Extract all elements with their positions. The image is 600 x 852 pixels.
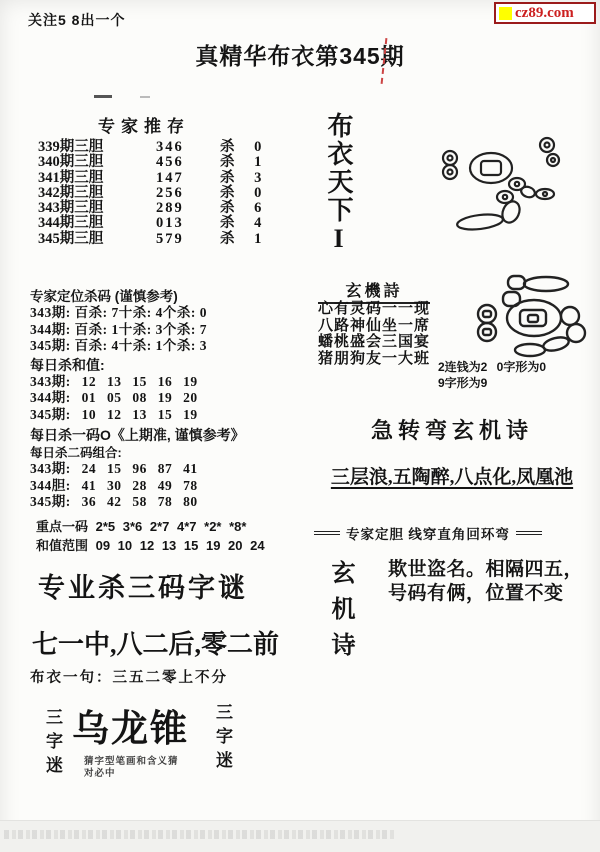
sansha-riddle-text: 七一中,八二后,零二前 — [32, 624, 279, 661]
row-period: 344期三胆 — [38, 216, 156, 231]
expert-history-table: 339期三胆 346 杀 0 340期三胆 456 杀 1 341期三胆 147… — [38, 140, 288, 247]
hezhi-row: 343期: 12 13 15 16 19 — [30, 374, 308, 391]
hezhi-header: 每日杀和值: — [30, 356, 308, 374]
footer-illegible-watermark — [4, 830, 394, 839]
dingwei-row: 344期: 百杀: 1十杀: 3个杀: 7 — [30, 322, 308, 339]
sharp-turn-poem-title: 急转弯玄机诗 — [308, 414, 596, 445]
expert-dingdan-banner: 专家定胆 线穿直角回环弯 — [314, 523, 592, 543]
sansha-riddle-title: 专业杀三码字谜 — [38, 566, 248, 605]
row-dan: 147 — [156, 171, 220, 186]
xuanji-poem: 心有灵码一一现 八路神仙坐一席 蟠桃盛会三国宴 猪朋狗友一大班 — [318, 301, 430, 367]
dingwei-row: 345期: 百杀: 4十杀: 1个杀: 3 — [30, 338, 308, 355]
double-line-left — [314, 531, 340, 535]
row-period: 340期三胆 — [38, 155, 156, 170]
poem-line: 猪朋狗友一大班 — [318, 351, 430, 368]
logo-yellow-square-icon — [499, 7, 512, 20]
dash-mark — [94, 95, 112, 98]
row-dan: 289 — [156, 201, 220, 216]
row-kill: 杀 4 — [220, 216, 288, 231]
xuanji-bottom-line2: 号码有俩，位置不变 — [388, 582, 583, 606]
erma-row: 343期: 24 15 96 87 41 — [30, 461, 308, 478]
xuanji-bottom-text: 欺世盗名。相隔四五， 号码有俩，位置不变 — [388, 558, 583, 606]
wulong-riddle-answer: 乌龙锥 — [72, 698, 189, 752]
hezhi-row: 344期: 01 05 08 19 20 — [30, 390, 308, 407]
dingwei-row: 343期: 百杀: 7十杀: 4个杀: 0 — [30, 305, 308, 322]
table-row: 344期三胆 013 杀 4 — [38, 216, 288, 231]
kill-code-sections: 专家定位杀码 (谨慎参考) 343期: 百杀: 7十杀: 4个杀: 0 344期… — [30, 288, 308, 555]
row-period: 341期三胆 — [38, 171, 156, 186]
poem-line: 蟠桃盛会三国宴 — [318, 334, 430, 351]
row-kill: 杀 1 — [220, 155, 288, 170]
hezhi-row: 345期: 10 12 13 15 19 — [30, 407, 308, 424]
sharp-turn-poem-riddle: 三层浪,五陶醉,八点化,凤凰池 — [308, 462, 596, 489]
xuanji-vertical-label: 玄机诗 — [323, 560, 358, 668]
row-period: 342期三胆 — [38, 186, 156, 201]
row-kill: 杀 0 — [220, 140, 288, 155]
wulong-note: 猜字型笔画和含义猜 对必中 — [84, 756, 179, 780]
row-kill: 杀 3 — [220, 171, 288, 186]
erma-row: 344胆: 41 30 28 49 78 — [30, 478, 308, 495]
double-line-right — [516, 531, 542, 535]
table-row: 340期三胆 456 杀 1 — [38, 155, 288, 170]
row-dan: 456 — [156, 155, 220, 170]
erma-row: 345期: 36 42 58 78 80 — [30, 494, 308, 511]
three-char-riddle-label-left: 三字迷 — [40, 708, 65, 780]
row-dan: 013 — [156, 216, 220, 231]
dingwei-header: 专家定位杀码 (谨慎参考) — [30, 288, 308, 305]
expert-recommend-header: 专家推存 — [98, 112, 190, 137]
three-char-riddle-label-right: 三字迷 — [210, 703, 235, 775]
row-kill: 杀 0 — [220, 186, 288, 201]
footer-strip — [0, 820, 600, 852]
row-period: 345期三胆 — [38, 232, 156, 247]
sharp-turn-riddle-text: 三层浪,五陶醉,八点化,凤凰池 — [331, 467, 573, 488]
coin-cluster-drawing-1 — [425, 132, 590, 237]
buyi-sentence: 布衣一句：三五二零上不分 — [30, 666, 228, 687]
coin-caption-line2: 9字形为9 — [438, 374, 487, 391]
row-period: 339期三胆 — [38, 140, 156, 155]
shayima-line: 每日杀一码O《上期准, 谨慎参考》 — [30, 426, 308, 445]
wulong-note-line1: 猜字型笔画和含义猜 — [84, 756, 179, 768]
logo-text: cz89.com — [515, 5, 574, 22]
coin-cluster-drawing-2 — [470, 270, 598, 360]
erma-header: 每日杀二码组合: — [30, 445, 308, 461]
hezhi-range-line: 和值范围 09 10 12 13 15 19 20 24 — [30, 536, 308, 555]
coin-caption-line1: 2连钱为2 0字形为0 — [438, 358, 546, 375]
dash-mark-faint — [140, 96, 150, 98]
row-dan: 579 — [156, 232, 220, 247]
dingdan-text: 专家定胆 线穿直角回环弯 — [346, 523, 510, 543]
top-left-note: 关注5 8出一个 — [28, 10, 125, 30]
row-kill: 杀 1 — [220, 232, 288, 247]
wulong-note-line2: 对必中 — [84, 768, 179, 780]
poem-line: 心有灵码一一现 — [318, 301, 430, 318]
cz89-logo[interactable]: cz89.com — [494, 2, 596, 24]
table-row: 345期三胆 579 杀 1 — [38, 232, 288, 247]
xuanji-bottom-line1: 欺世盗名。相隔四五， — [388, 558, 583, 582]
poem-line: 八路神仙坐一席 — [318, 318, 430, 335]
table-row: 339期三胆 346 杀 0 — [38, 140, 288, 155]
row-dan: 256 — [156, 186, 220, 201]
buyi-tianxia-vertical-title: 布衣天下I — [320, 112, 357, 255]
lottery-sheet-page: 关注5 8出一个 cz89.com 真精华布衣第345期 专家推存 339期三胆… — [0, 0, 600, 852]
page-title: 真精华布衣第345期 — [0, 38, 600, 71]
zhongdian-line: 重点一码 2*5 3*6 2*7 4*7 *2* *8* — [30, 517, 308, 536]
table-row: 341期三胆 147 杀 3 — [38, 171, 288, 186]
table-row: 342期三胆 256 杀 0 — [38, 186, 288, 201]
row-dan: 346 — [156, 140, 220, 155]
